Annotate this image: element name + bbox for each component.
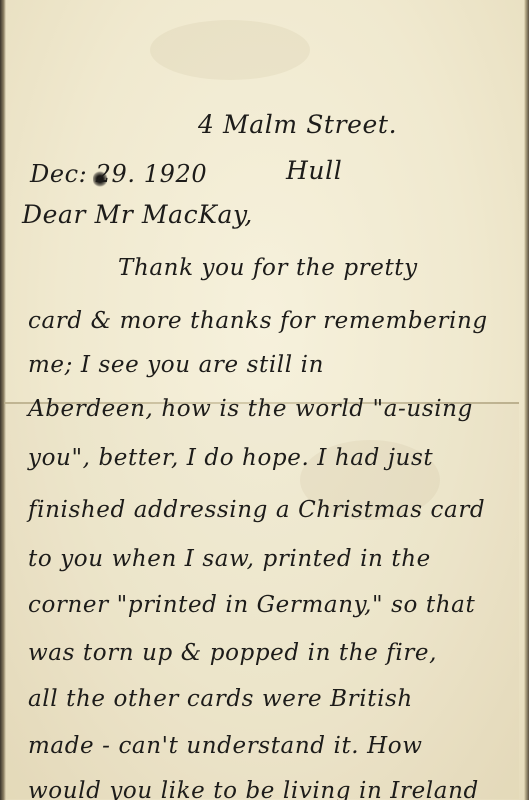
body-line: Thank you for the pretty — [118, 255, 418, 281]
salutation: Dear Mr MacKay, — [22, 200, 253, 229]
address-city: Hull — [286, 156, 342, 185]
body-line: Aberdeen, how is the world "a-using — [28, 396, 473, 422]
address-street: 4 Malm Street. — [198, 110, 397, 139]
body-line: would you like to be living in Ireland — [28, 778, 479, 800]
body-line: all the other cards were British — [28, 686, 413, 712]
body-line: to you when I saw, printed in the — [28, 546, 431, 572]
body-line: was torn up & popped in the fire, — [28, 640, 437, 666]
body-line: made - can't understand it. How — [28, 733, 423, 759]
body-line: you", better, I do hope. I had just — [28, 445, 433, 471]
body-line: card & more thanks for remembering — [28, 308, 488, 334]
body-line: me; I see you are still in — [28, 352, 324, 378]
body-line: corner "printed in Germany," so that — [28, 592, 475, 618]
paper-stain — [150, 20, 310, 80]
letter-page: 4 Malm Street. Hull Dec: 29. 1920 Dear M… — [0, 0, 529, 800]
body-line: finished addressing a Christmas card — [28, 497, 485, 523]
letter-date: Dec: 29. 1920 — [30, 160, 207, 188]
